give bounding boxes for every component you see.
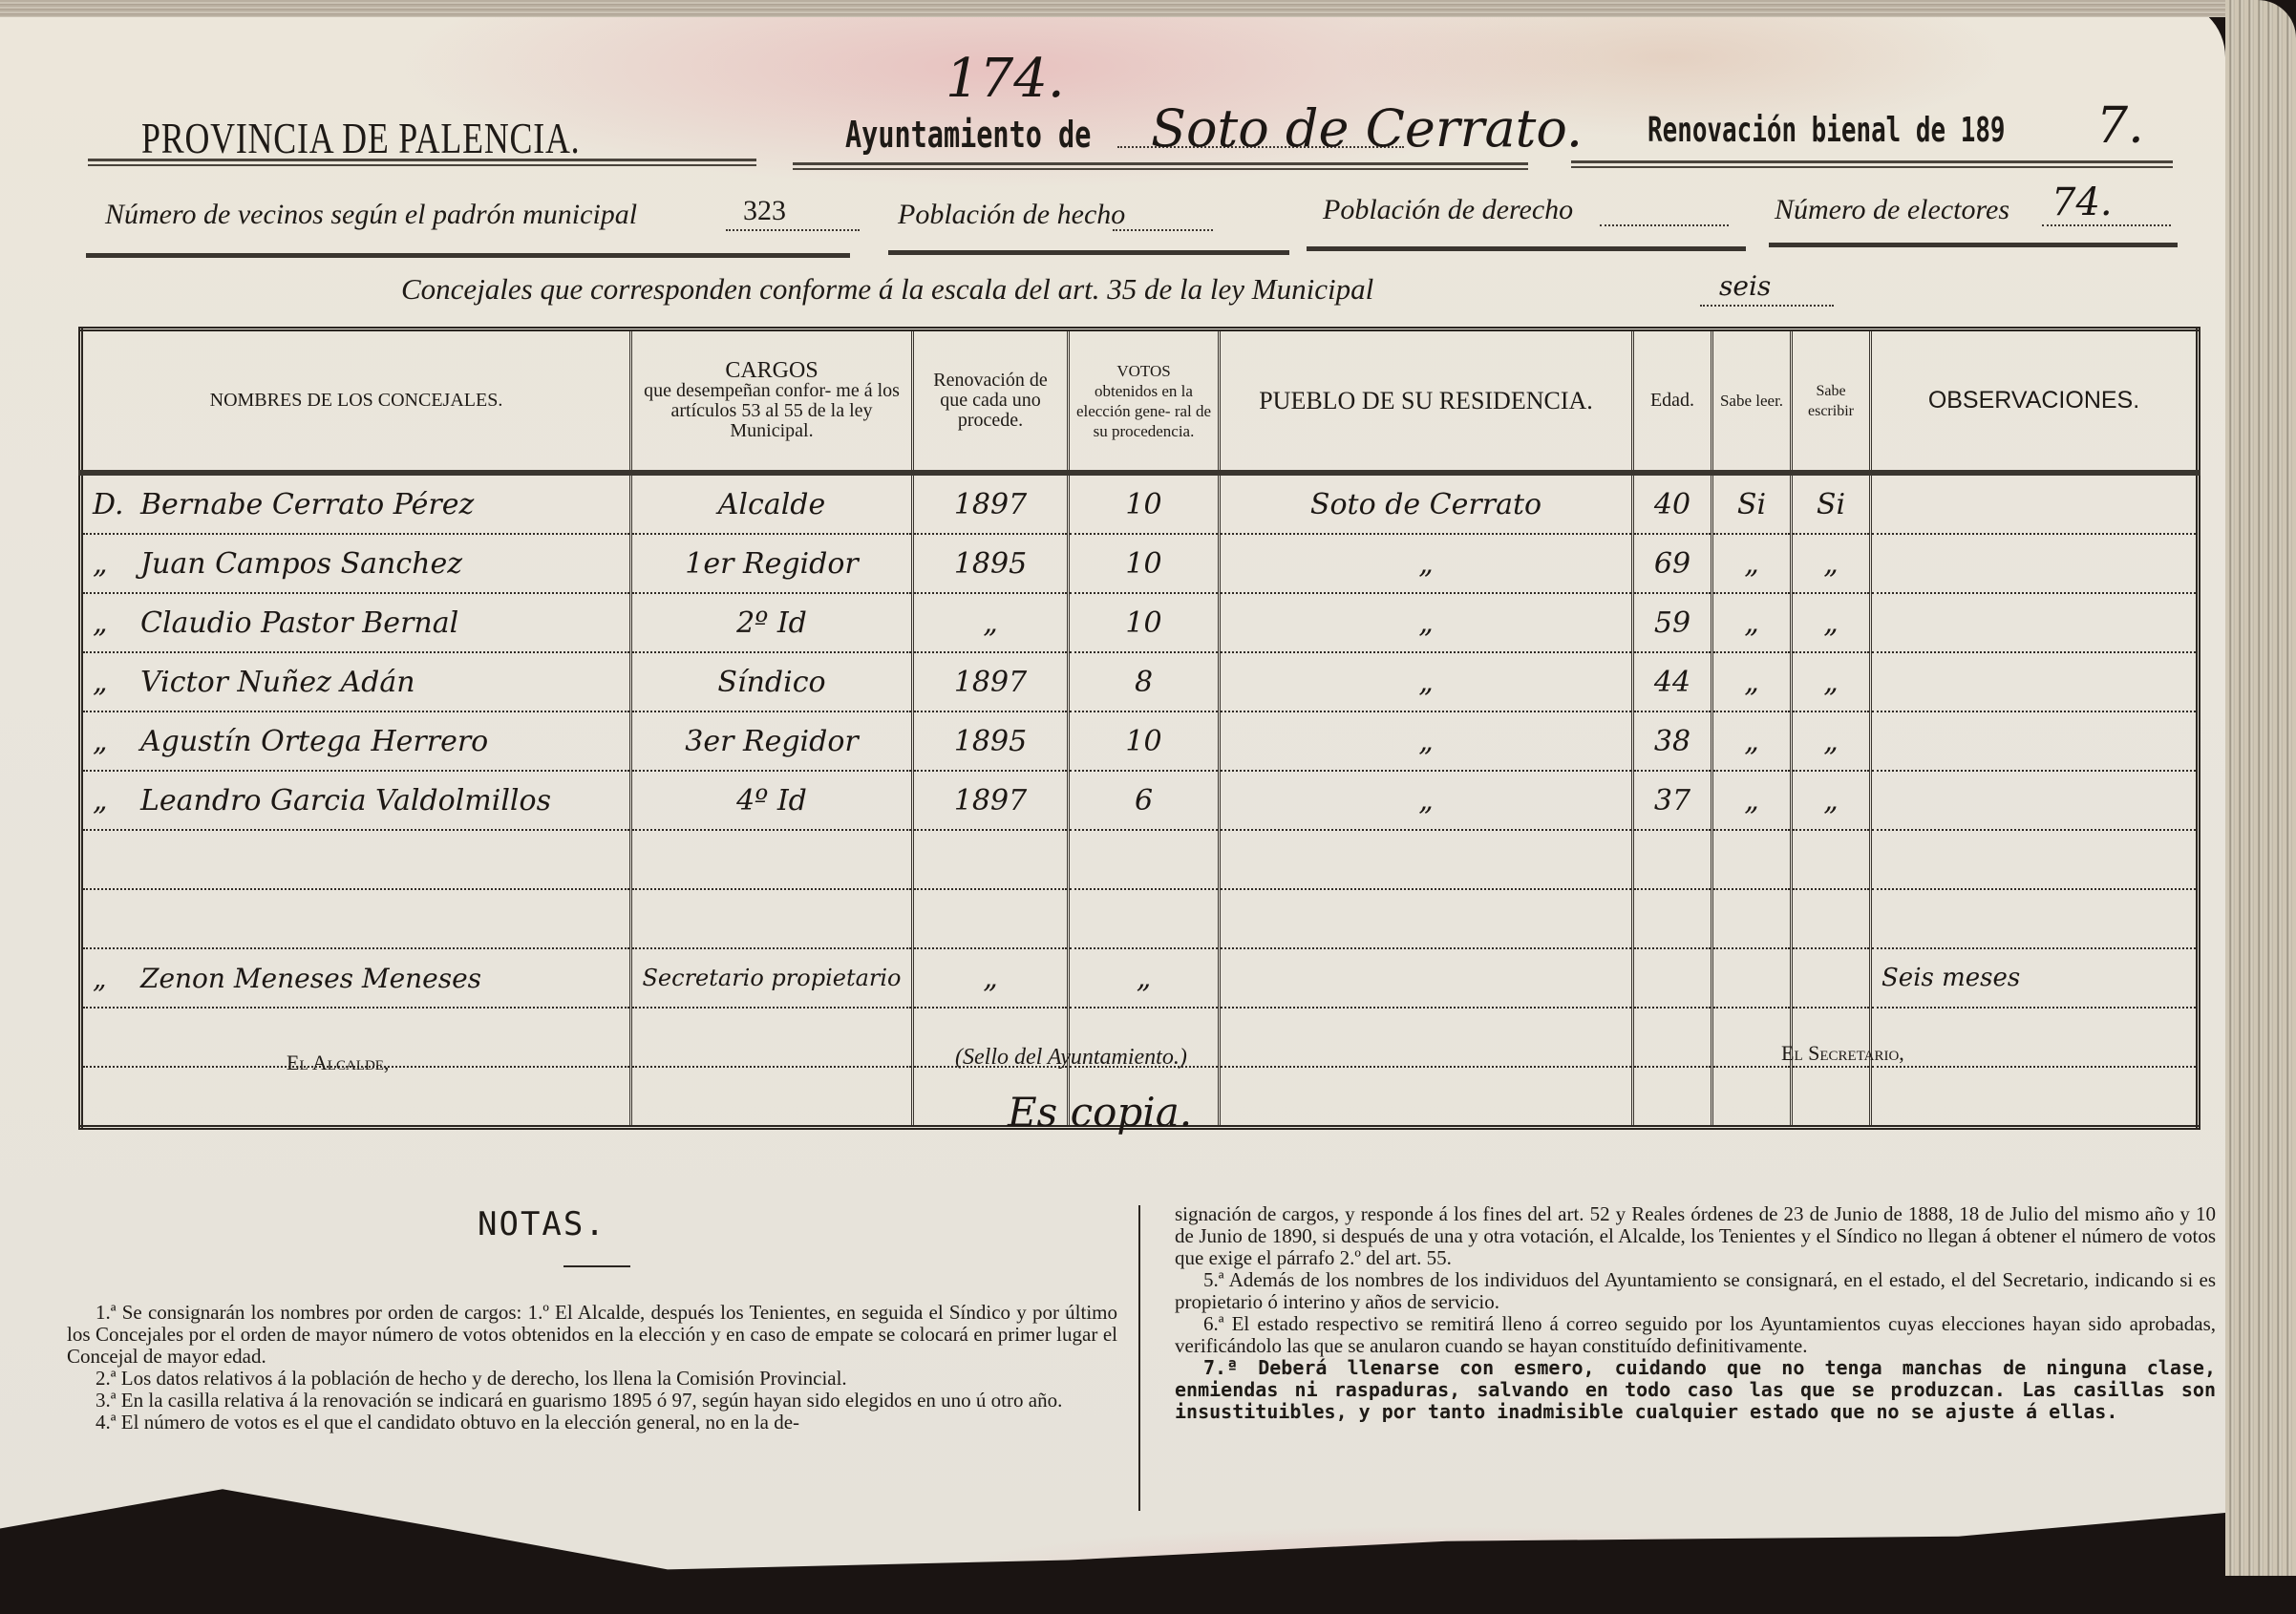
note-4: 4.ª El número de votos es el que el cand…: [67, 1412, 1117, 1433]
cell-cargo: [631, 1008, 913, 1067]
ayuntamiento-value: Soto de Cerrato.: [1151, 98, 1583, 159]
col-pueblo-label: PUEBLO DE SU RESIDENCIA.: [1221, 391, 1631, 411]
cell-cargo: 1er Regidor: [631, 534, 913, 593]
col-pueblo: PUEBLO DE SU RESIDENCIA.: [1220, 329, 1633, 474]
concejales-dots: [1700, 305, 1834, 307]
cell-cargo: Secretario propietario: [631, 948, 913, 1008]
electores-value: 74.: [2052, 181, 2113, 224]
es-copia-note: Es copia.: [1008, 1089, 1192, 1136]
concejales-table: NOMBRES DE LOS CONCEJALES. CARGOS que de…: [78, 327, 2200, 1130]
cell-votos: 10: [1069, 534, 1220, 593]
cell-cargo: 2º Id: [631, 593, 913, 652]
col-nombres: NOMBRES DE LOS CONCEJALES.: [81, 329, 631, 474]
cell-observaciones: [1871, 1008, 2199, 1067]
table-header-row: NOMBRES DE LOS CONCEJALES. CARGOS que de…: [81, 329, 2199, 474]
col-votos: VOTOS obtenidos en la elección gene- ral…: [1069, 329, 1220, 474]
cell-pueblo: [1220, 1008, 1633, 1067]
note-4-continued: signación de cargos, y responde á los fi…: [1175, 1203, 2216, 1269]
cell-leer: „: [1712, 593, 1792, 652]
cell-votos: 6: [1069, 771, 1220, 830]
concejales-value: seis: [1719, 270, 1771, 302]
cell-leer: „: [1712, 711, 1792, 771]
row-prefix: „: [93, 606, 108, 640]
renovacion-value: 7.: [2096, 97, 2144, 155]
table-row: D.Bernabe Cerrato Pérez Alcalde 1897 10 …: [81, 473, 2199, 534]
cell-renovacion: „: [913, 593, 1069, 652]
document-page: 174. PROVINCIA DE PALENCIA. Ayuntamiento…: [0, 0, 2225, 1576]
cell-edad: [1633, 1067, 1712, 1128]
cell-renovacion: „: [913, 948, 1069, 1008]
cell-escribir: [1792, 948, 1871, 1008]
table-row: „Agustín Ortega Herrero 3er Regidor 1895…: [81, 711, 2199, 771]
poblacion-derecho-label: Población de derecho: [1323, 194, 1573, 226]
province-underline: [88, 159, 756, 166]
cell-edad: 44: [1633, 652, 1712, 711]
ayuntamiento-underline: [793, 162, 1528, 170]
cell-escribir: „: [1792, 534, 1871, 593]
cell-pueblo: „: [1220, 652, 1633, 711]
page-top-edge: [0, 0, 2225, 17]
cell-renovacion: 1895: [913, 711, 1069, 771]
col-cargos-title: CARGOS: [632, 361, 911, 381]
cell-edad: [1633, 889, 1712, 948]
cell-observaciones: [1871, 711, 2199, 771]
cell-observaciones: [1871, 473, 2199, 534]
cell-pueblo: „: [1220, 534, 1633, 593]
concejales-label: Concejales que corresponden conforme á l…: [401, 272, 1373, 307]
cell-observaciones: [1871, 593, 2199, 652]
table-row: „Leandro Garcia Valdolmillos 4º Id 1897 …: [81, 771, 2199, 830]
cell-votos: 10: [1069, 711, 1220, 771]
cell-observaciones: [1871, 771, 2199, 830]
electores-label: Número de electores: [1775, 194, 2009, 226]
cell-renovacion: [913, 830, 1069, 889]
table-row: „Juan Campos Sanchez 1er Regidor 1895 10…: [81, 534, 2199, 593]
row-prefix: „: [93, 725, 108, 758]
cell-cargo: [631, 830, 913, 889]
poblacion-derecho-field: Población de derecho: [1323, 186, 1743, 234]
col-cargos: CARGOS que desempeñan confor- me á los a…: [631, 329, 913, 474]
cell-pueblo: „: [1220, 711, 1633, 771]
col-observaciones: OBSERVACIONES.: [1871, 329, 2199, 474]
fields-rule-1: [86, 253, 850, 258]
secretario-signature-label: El Secretario,: [1781, 1041, 1904, 1066]
row-nombre: Juan Campos Sanchez: [140, 547, 462, 581]
cell-observaciones: [1871, 534, 2199, 593]
cell-observaciones: [1871, 1067, 2199, 1128]
notes-title-rule: [563, 1265, 630, 1267]
row-prefix: „: [93, 963, 107, 994]
notes-title: NOTAS.: [478, 1205, 606, 1243]
cell-nombre: „Agustín Ortega Herrero: [81, 711, 631, 771]
cell-renovacion: 1897: [913, 652, 1069, 711]
row-prefix: D.: [93, 488, 124, 521]
cell-escribir: „: [1792, 652, 1871, 711]
cell-observaciones: [1871, 830, 2199, 889]
table-row: [81, 830, 2199, 889]
cell-observaciones: [1871, 889, 2199, 948]
cell-leer: [1712, 1067, 1792, 1128]
cell-votos: [1069, 830, 1220, 889]
cell-nombre: „Juan Campos Sanchez: [81, 534, 631, 593]
note-5: 5.ª Además de los nombres de los individ…: [1175, 1269, 2216, 1313]
cell-nombre: [81, 1067, 631, 1128]
cell-leer: [1712, 889, 1792, 948]
col-renovacion-label: Renovación de que cada uno procede.: [914, 371, 1067, 431]
cell-edad: [1633, 1008, 1712, 1067]
row-prefix: „: [93, 666, 108, 699]
row-nombre: Zenon Meneses Meneses: [140, 963, 481, 994]
col-renovacion: Renovación de que cada uno procede.: [913, 329, 1069, 474]
cell-renovacion: 1897: [913, 473, 1069, 534]
notes-left-column: 1.ª Se consignarán los nombres por orden…: [67, 1302, 1117, 1433]
vecinos-dots: [726, 229, 860, 231]
cell-edad: 38: [1633, 711, 1712, 771]
vecinos-field: Número de vecinos según el padrón munici…: [105, 191, 860, 239]
cell-votos: „: [1069, 948, 1220, 1008]
fields-rule-4: [1769, 243, 2178, 247]
renovacion-field: Renovación bienal de 189 7.: [1648, 107, 2163, 155]
poblacion-hecho-field: Población de hecho: [898, 191, 1213, 239]
col-cargos-sub: que desempeñan confor- me á los artículo…: [632, 381, 911, 441]
cell-escribir: [1792, 1067, 1871, 1128]
note-1: 1.ª Se consignarán los nombres por orden…: [67, 1302, 1117, 1368]
folio-number: 174.: [946, 48, 1065, 110]
col-nombres-label: NOMBRES DE LOS CONCEJALES.: [83, 391, 629, 411]
row-nombre: Agustín Ortega Herrero: [140, 725, 488, 758]
renovacion-label: Renovación bienal de 189: [1648, 111, 2006, 150]
cell-leer: „: [1712, 534, 1792, 593]
col-observaciones-label: OBSERVACIONES.: [1872, 391, 2196, 411]
cell-leer: [1712, 1008, 1792, 1067]
cell-pueblo: Soto de Cerrato: [1220, 473, 1633, 534]
table-row: [81, 889, 2199, 948]
col-edad-label: Edad.: [1634, 391, 1711, 411]
alcalde-signature-label: El Alcalde,: [287, 1051, 389, 1075]
row-prefix: „: [93, 547, 108, 581]
cell-votos: 10: [1069, 593, 1220, 652]
cell-cargo: [631, 889, 913, 948]
book-page-edges: [2225, 0, 2296, 1576]
cell-leer: Si: [1712, 473, 1792, 534]
cell-observaciones: [1871, 652, 2199, 711]
renovacion-underline: [1571, 160, 2173, 168]
cell-escribir: „: [1792, 711, 1871, 771]
cell-nombre: „Victor Nuñez Adán: [81, 652, 631, 711]
cell-renovacion: 1895: [913, 534, 1069, 593]
electores-field: Número de electores 74.: [1775, 186, 2176, 234]
table-row: „Zenon Meneses Meneses Secretario propie…: [81, 948, 2199, 1008]
cell-leer: „: [1712, 771, 1792, 830]
col-edad: Edad.: [1633, 329, 1712, 474]
ayuntamiento-label: Ayuntamiento de: [845, 114, 1091, 156]
cell-renovacion: [913, 889, 1069, 948]
cell-nombre: D.Bernabe Cerrato Pérez: [81, 473, 631, 534]
note-3: 3.ª En la casilla relativa á la renovaci…: [67, 1390, 1117, 1412]
poblacion-derecho-dots: [1600, 224, 1729, 226]
cell-votos: 10: [1069, 473, 1220, 534]
cell-pueblo: [1220, 948, 1633, 1008]
cell-pueblo: „: [1220, 771, 1633, 830]
cell-renovacion: 1897: [913, 771, 1069, 830]
cell-cargo: 3er Regidor: [631, 711, 913, 771]
electores-dots: [2042, 224, 2171, 226]
col-sabe-leer-label: Sabe leer.: [1713, 391, 1790, 411]
cell-escribir: „: [1792, 771, 1871, 830]
cell-edad: 37: [1633, 771, 1712, 830]
cell-edad: [1633, 948, 1712, 1008]
cell-nombre: [81, 830, 631, 889]
cell-cargo: Síndico: [631, 652, 913, 711]
table-row: „Victor Nuñez Adán Síndico 1897 8 „ 44 „…: [81, 652, 2199, 711]
notes-right-column: signación de cargos, y responde á los fi…: [1175, 1203, 2216, 1423]
table-row: „Claudio Pastor Bernal 2º Id „ 10 „ 59 „…: [81, 593, 2199, 652]
cell-escribir: Si: [1792, 473, 1871, 534]
cell-cargo: [631, 1067, 913, 1128]
note-7-wrapper: 7.ª Deberá llenarse con esmero, cuidando…: [1175, 1357, 2216, 1423]
cell-cargo: 4º Id: [631, 771, 913, 830]
province-title: PROVINCIA DE PALENCIA.: [141, 113, 580, 163]
cell-edad: [1633, 830, 1712, 889]
cell-pueblo: „: [1220, 593, 1633, 652]
cell-leer: „: [1712, 652, 1792, 711]
ayuntamiento-field: Ayuntamiento de Soto de Cerrato.: [845, 110, 1514, 158]
col-votos-title: VOTOS: [1070, 361, 1218, 381]
row-nombre: Leandro Garcia Valdolmillos: [140, 784, 551, 818]
notes-column-divider: [1138, 1205, 1140, 1511]
fields-rule-2: [888, 250, 1289, 255]
row-nombre: Victor Nuñez Adán: [140, 666, 415, 699]
cell-nombre: „Leandro Garcia Valdolmillos: [81, 771, 631, 830]
cell-edad: 40: [1633, 473, 1712, 534]
cell-edad: 69: [1633, 534, 1712, 593]
vecinos-label: Número de vecinos según el padrón munici…: [105, 199, 637, 231]
row-prefix: „: [93, 784, 108, 818]
cell-nombre: „Zenon Meneses Meneses: [81, 948, 631, 1008]
col-votos-sub: obtenidos en la elección gene- ral de su…: [1070, 381, 1218, 441]
cell-edad: 59: [1633, 593, 1712, 652]
poblacion-hecho-label: Población de hecho: [898, 199, 1125, 231]
concejales-line: Concejales que corresponden conforme á l…: [401, 270, 1834, 314]
cell-leer: [1712, 830, 1792, 889]
cell-nombre: [81, 889, 631, 948]
cell-pueblo: [1220, 830, 1633, 889]
cell-escribir: [1792, 830, 1871, 889]
cell-pueblo: [1220, 889, 1633, 948]
col-sabe-leer: Sabe leer.: [1712, 329, 1792, 474]
cell-leer: [1712, 948, 1792, 1008]
fields-rule-3: [1307, 246, 1746, 251]
cell-votos: 8: [1069, 652, 1220, 711]
note-6: 6.ª El estado respectivo se remitirá lle…: [1175, 1313, 2216, 1357]
col-sabe-escribir-label: Sabe escribir: [1793, 381, 1869, 421]
vecinos-value: 323: [743, 195, 786, 227]
cell-nombre: „Claudio Pastor Bernal: [81, 593, 631, 652]
cell-observaciones: Seis meses: [1871, 948, 2199, 1008]
poblacion-hecho-dots: [1113, 229, 1213, 231]
cell-cargo: Alcalde: [631, 473, 913, 534]
cell-pueblo: [1220, 1067, 1633, 1128]
cell-escribir: [1792, 889, 1871, 948]
row-nombre: Bernabe Cerrato Pérez: [140, 488, 474, 521]
note-7: 7.ª Deberá llenarse con esmero, cuidando…: [1175, 1356, 2216, 1423]
note-2: 2.ª Los datos relativos á la población d…: [67, 1368, 1117, 1390]
cell-votos: [1069, 889, 1220, 948]
cell-escribir: „: [1792, 593, 1871, 652]
row-nombre: Claudio Pastor Bernal: [140, 606, 458, 640]
col-sabe-escribir: Sabe escribir: [1792, 329, 1871, 474]
sello-label: (Sello del Ayuntamiento.): [955, 1045, 1187, 1071]
